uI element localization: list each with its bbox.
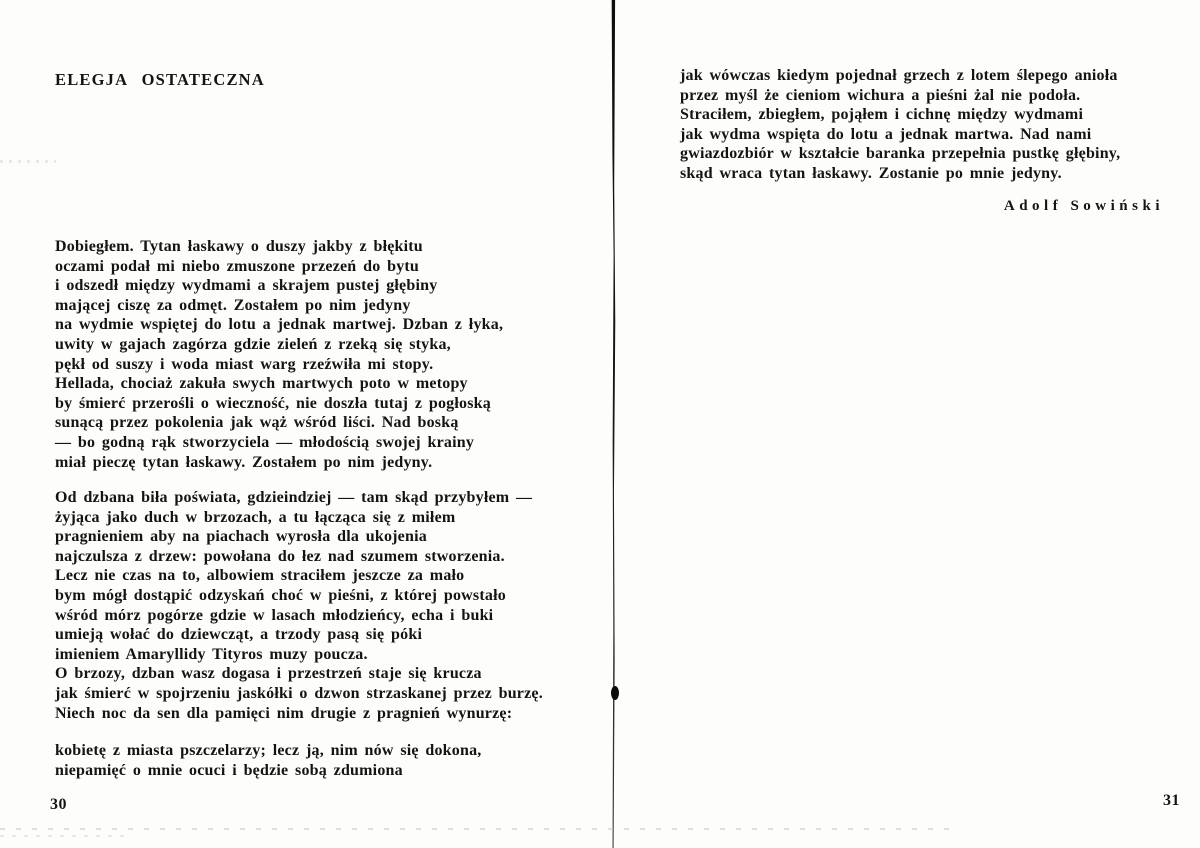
poem-line: oczami podał mi niebo zmuszone przezeń d… [55,257,570,277]
poem-line: bym mógł dostąpić odzyskań choć w pieśni… [55,586,570,606]
right-page-stanza: jak wówczas kiedym pojednał grzech z lot… [680,66,1166,184]
poem-line: umieją wołać do dziewcząt, a trzody pasą… [55,625,570,645]
poem-line: imieniem Amaryllidy Tityros muzy poucza. [55,645,570,665]
scan-noise-bottom [0,828,950,830]
poem-line: sunącą przez pokolenia jak wąż wśród liś… [55,413,570,433]
poem-line: Niech noc da sen dla pamięci nim drugie … [55,704,570,724]
page-number-right: 31 [1163,792,1180,810]
poem-line: wśród mórz pogórze gdzie w lasach młodzi… [55,606,570,626]
poem-line: mającej ciszę za odmęt. Zostałem po nim … [55,296,570,316]
poem-line: O brzozy, dzban wasz dogasa i przestrzeń… [55,664,570,684]
poem-line: jak wydma wspięta do lotu a jednak martw… [680,125,1166,145]
poem-line: jak wówczas kiedym pojednał grzech z lot… [680,66,1166,86]
author-name: Adolf Sowiński [1004,198,1164,215]
poem-line: kobietę z miasta pszczelarzy; lecz ją, n… [55,741,570,761]
poem-line: — bo godną rąk stworzyciela — młodością … [55,433,570,453]
poem-line: miał pieczę tytan łaskawy. Zostałem po n… [55,453,570,473]
poem-line: żyjąca jako duch w brzozach, a tu łącząc… [55,508,570,528]
poem-title: ELEGJA OSTATECZNA [55,70,265,90]
poem-line: i odszedł między wydmami a skrajem puste… [55,276,570,296]
poem-line: gwiazdozbiór w kształcie baranka przepeł… [680,144,1166,164]
left-page-stanza-2: Od dzbana biła poświata, gdzieindziej — … [55,488,570,723]
scan-noise-bottom-small [0,835,130,837]
poem-line: Straciłem, zbiegłem, pojąłem i cichnę mi… [680,105,1166,125]
poem-line: Od dzbana biła poświata, gdzieindziej — … [55,488,570,508]
poem-line: skąd wraca tytan łaskawy. Zostanie po mn… [680,164,1166,184]
book-scan: ELEGJA OSTATECZNA Dobiegłem. Tytan łaska… [0,0,1200,848]
left-page-stanza-1: Dobiegłem. Tytan łaskawy o duszy jakby z… [55,237,570,472]
poem-line: Dobiegłem. Tytan łaskawy o duszy jakby z… [55,237,570,257]
book-gutter-ink-blob [611,686,619,700]
scan-noise-left-edge [0,160,56,163]
poem-line: na wydmie wspiętej do lotu a jednak mart… [55,315,570,335]
poem-line: by śmierć przerośli o wieczność, nie dos… [55,394,570,414]
poem-line: niepamięć o mnie ocuci i będzie sobą zdu… [55,761,570,781]
poem-line: uwity w gajach zagórza gdzie zieleń z rz… [55,335,570,355]
poem-line: najczulsza z drzew: powołana do łez nad … [55,547,570,567]
poem-line: przez myśl że cieniom wichura a pieśni ż… [680,86,1166,106]
poem-line: Lecz nie czas na to, albowiem straciłem … [55,566,570,586]
poem-line: pękł od suszy i woda miast warg rzeźwiła… [55,355,570,375]
poem-line: Hellada, chociaż zakuła swych martwych p… [55,374,570,394]
left-page-stanza-3: kobietę z miasta pszczelarzy; lecz ją, n… [55,741,570,780]
poem-line: pragnieniem aby na piachach wyrosła dla … [55,527,570,547]
page-number-left: 30 [50,796,67,814]
poem-line: jak śmierć w spojrzeniu jaskółki o dzwon… [55,684,570,704]
book-gutter-line [610,0,616,848]
